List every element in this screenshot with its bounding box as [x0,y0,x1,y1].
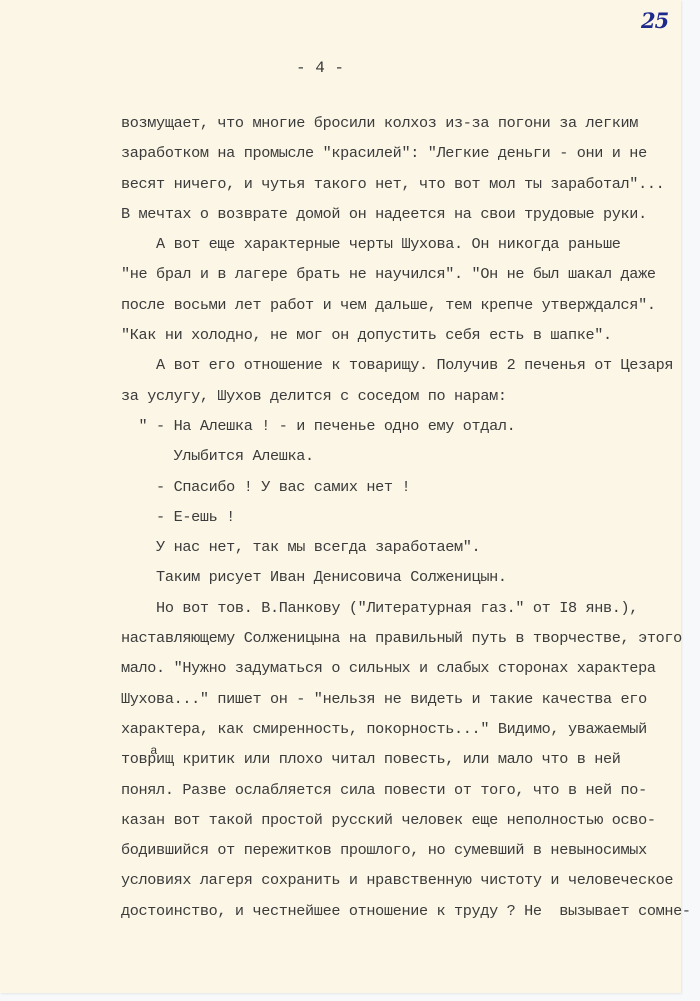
text-line: Таким рисует Иван Денисовича Солженицын. [121,562,681,592]
handwritten-insertion: а [150,736,157,766]
text-line: "Как ни холодно, не мог он допустить себ… [121,320,681,350]
text-line: после восьми лет работ и чем дальше, тем… [121,290,681,320]
text-line: " - На Алешка ! - и печенье одно ему отд… [121,411,681,441]
text-line: понял. Разве ослабляется сила повести от… [121,775,681,805]
text-line: наставляющему Солженицына на правильный … [121,623,681,653]
text-line: А вот его отношение к товарищу. Получив … [121,350,681,380]
text-line: условиях лагеря сохранить и нравственную… [121,865,681,895]
text-line: бодившийся от пережитков прошлого, но су… [121,835,681,865]
page-number: - 4 - [296,59,344,77]
document-page: 25 - 4 - возмущает, что многие бросили к… [0,0,681,993]
handwritten-folio-number: 25 [641,8,668,33]
text-line: Улыбится Алешка. [121,441,681,471]
text-line: мало. "Нужно задуматься о сильных и слаб… [121,653,681,683]
text-line: весят ничего, и чутья такого нет, что во… [121,169,681,199]
text-line: У нас нет, так мы всегда заработаем". [121,532,681,562]
text-line: Шухова..." пишет он - "нельзя не видеть … [121,684,681,714]
text-line: характера, как смиренность, покорность..… [121,714,681,744]
text-line: Но вот тов. В.Панкову ("Литературная газ… [121,593,681,623]
typewritten-body: возмущает, что многие бросили колхоз из-… [121,108,681,926]
text-line: - Спасибо ! У вас самих нет ! [121,472,681,502]
text-line: возмущает, что многие бросили колхоз из-… [121,108,681,138]
text-line: В мечтах о возврате домой он надеется на… [121,199,681,229]
text-line: А вот еще характерные черты Шухова. Он н… [121,229,681,259]
text-line: достоинство, и честнейшее отношение к тр… [121,896,681,926]
text-line: казан вот такой простой русский человек … [121,805,681,835]
text-line: товарищ критик или плохо читал повесть, … [121,744,681,774]
text-line: - Е-ешь ! [121,502,681,532]
text-line: за услугу, Шухов делится с соседом по на… [121,381,681,411]
text-line: заработком на промысле "красилей": "Легк… [121,138,681,168]
text-line: "не брал и в лагере брать не научился". … [121,259,681,289]
